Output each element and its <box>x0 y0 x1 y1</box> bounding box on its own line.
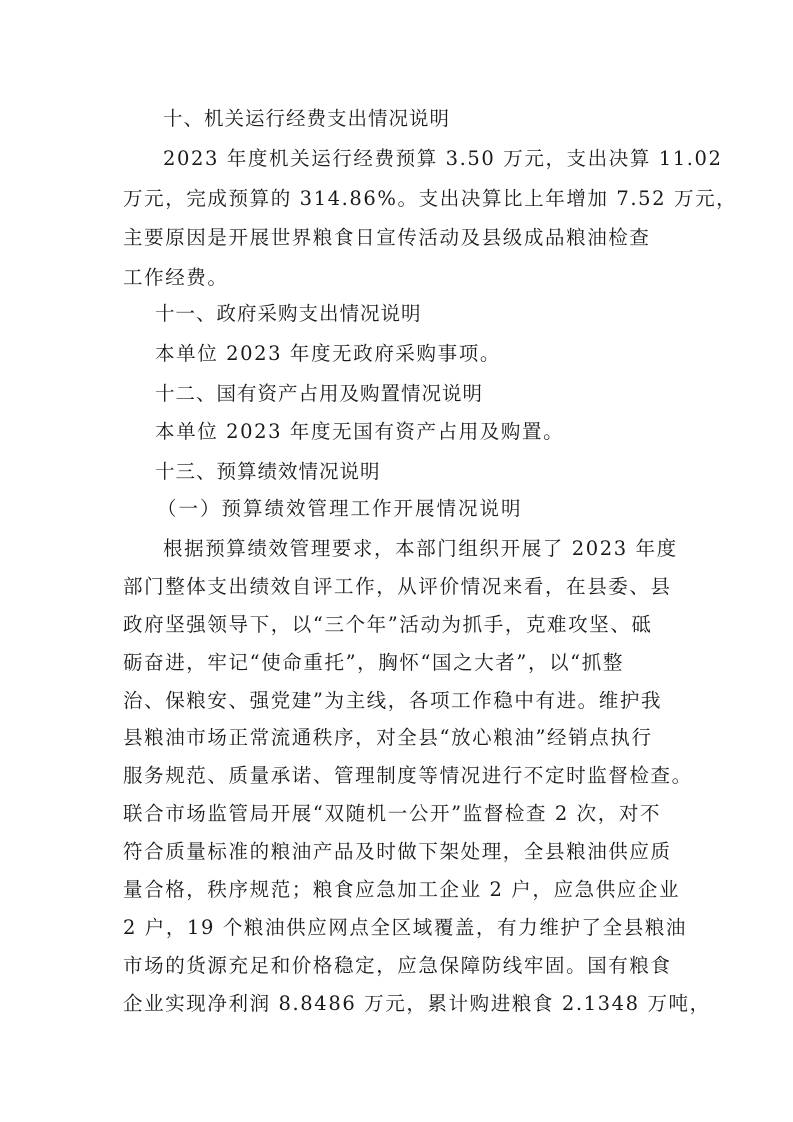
paragraph-line: 量合格，秩序规范；粮食应急加工企业 2 户，应急供应企业 <box>123 878 680 902</box>
paragraph-line: 政府坚强领导下，以“三个年”活动为抓手，克难攻坚、砥 <box>123 613 653 637</box>
paragraph-line: 县粮油市场正常流通秩序，对全县“放心粮油”经销点执行 <box>123 726 653 750</box>
paragraph-line: 市场的货源充足和价格稳定，应急保障防线牢固。国有粮食 <box>123 954 672 978</box>
section-12-heading: 十二、国有资产占用及购置情况说明 <box>155 382 483 406</box>
section-13-subheading: （一）预算绩效管理工作开展情况说明 <box>157 497 523 521</box>
paragraph-line: 根据预算绩效管理要求，本部门组织开展了 2023 年度 <box>163 537 678 561</box>
paragraph-line: 2 户，19 个粮油供应网点全区域覆盖，有力维护了全县粮油 <box>123 916 687 940</box>
section-11-heading: 十一、政府采购支出情况说明 <box>155 302 422 326</box>
section-11-body: 本单位 2023 年度无政府采购事项。 <box>155 342 501 366</box>
paragraph-line: 服务规范、质量承诺、管理制度等情况进行不定时监督检查。 <box>123 764 693 788</box>
paragraph-line: 工作经费。 <box>123 266 229 290</box>
section-10-heading: 十、机关运行经费支出情况说明 <box>163 107 450 131</box>
paragraph-line: 万元，完成预算的 314.86%。支出决算比上年增加 7.52 万元， <box>123 187 737 211</box>
section-13-heading: 十三、预算绩效情况说明 <box>155 460 381 484</box>
paragraph-line: 联合市场监管局开展“双随机一公开”监督检查 2 次，对不 <box>123 802 661 826</box>
paragraph-line: 2023 年度机关运行经费预算 3.50 万元，支出决算 11.02 <box>163 147 723 171</box>
paragraph-line: 主要原因是开展世界粮食日宣传活动及县级成品粮油检查 <box>123 226 651 250</box>
paragraph-line: 治、保粮安、强党建”为主线，各项工作稳中有进。维护我 <box>123 689 662 713</box>
section-12-body: 本单位 2023 年度无国有资产占用及购置。 <box>155 420 564 444</box>
paragraph-line: 符合质量标准的粮油产品及时做下架处理，全县粮油供应质 <box>123 840 672 864</box>
paragraph-line: 企业实现净利润 8.8486 万元，累计购进粮食 2.1348 万吨， <box>123 992 711 1016</box>
paragraph-line: 砺奋进，牢记“使命重托”，胸怀“国之大者”，以“抓整 <box>123 651 624 675</box>
paragraph-line: 部门整体支出绩效自评工作，从评价情况来看，在县委、县 <box>123 575 672 599</box>
